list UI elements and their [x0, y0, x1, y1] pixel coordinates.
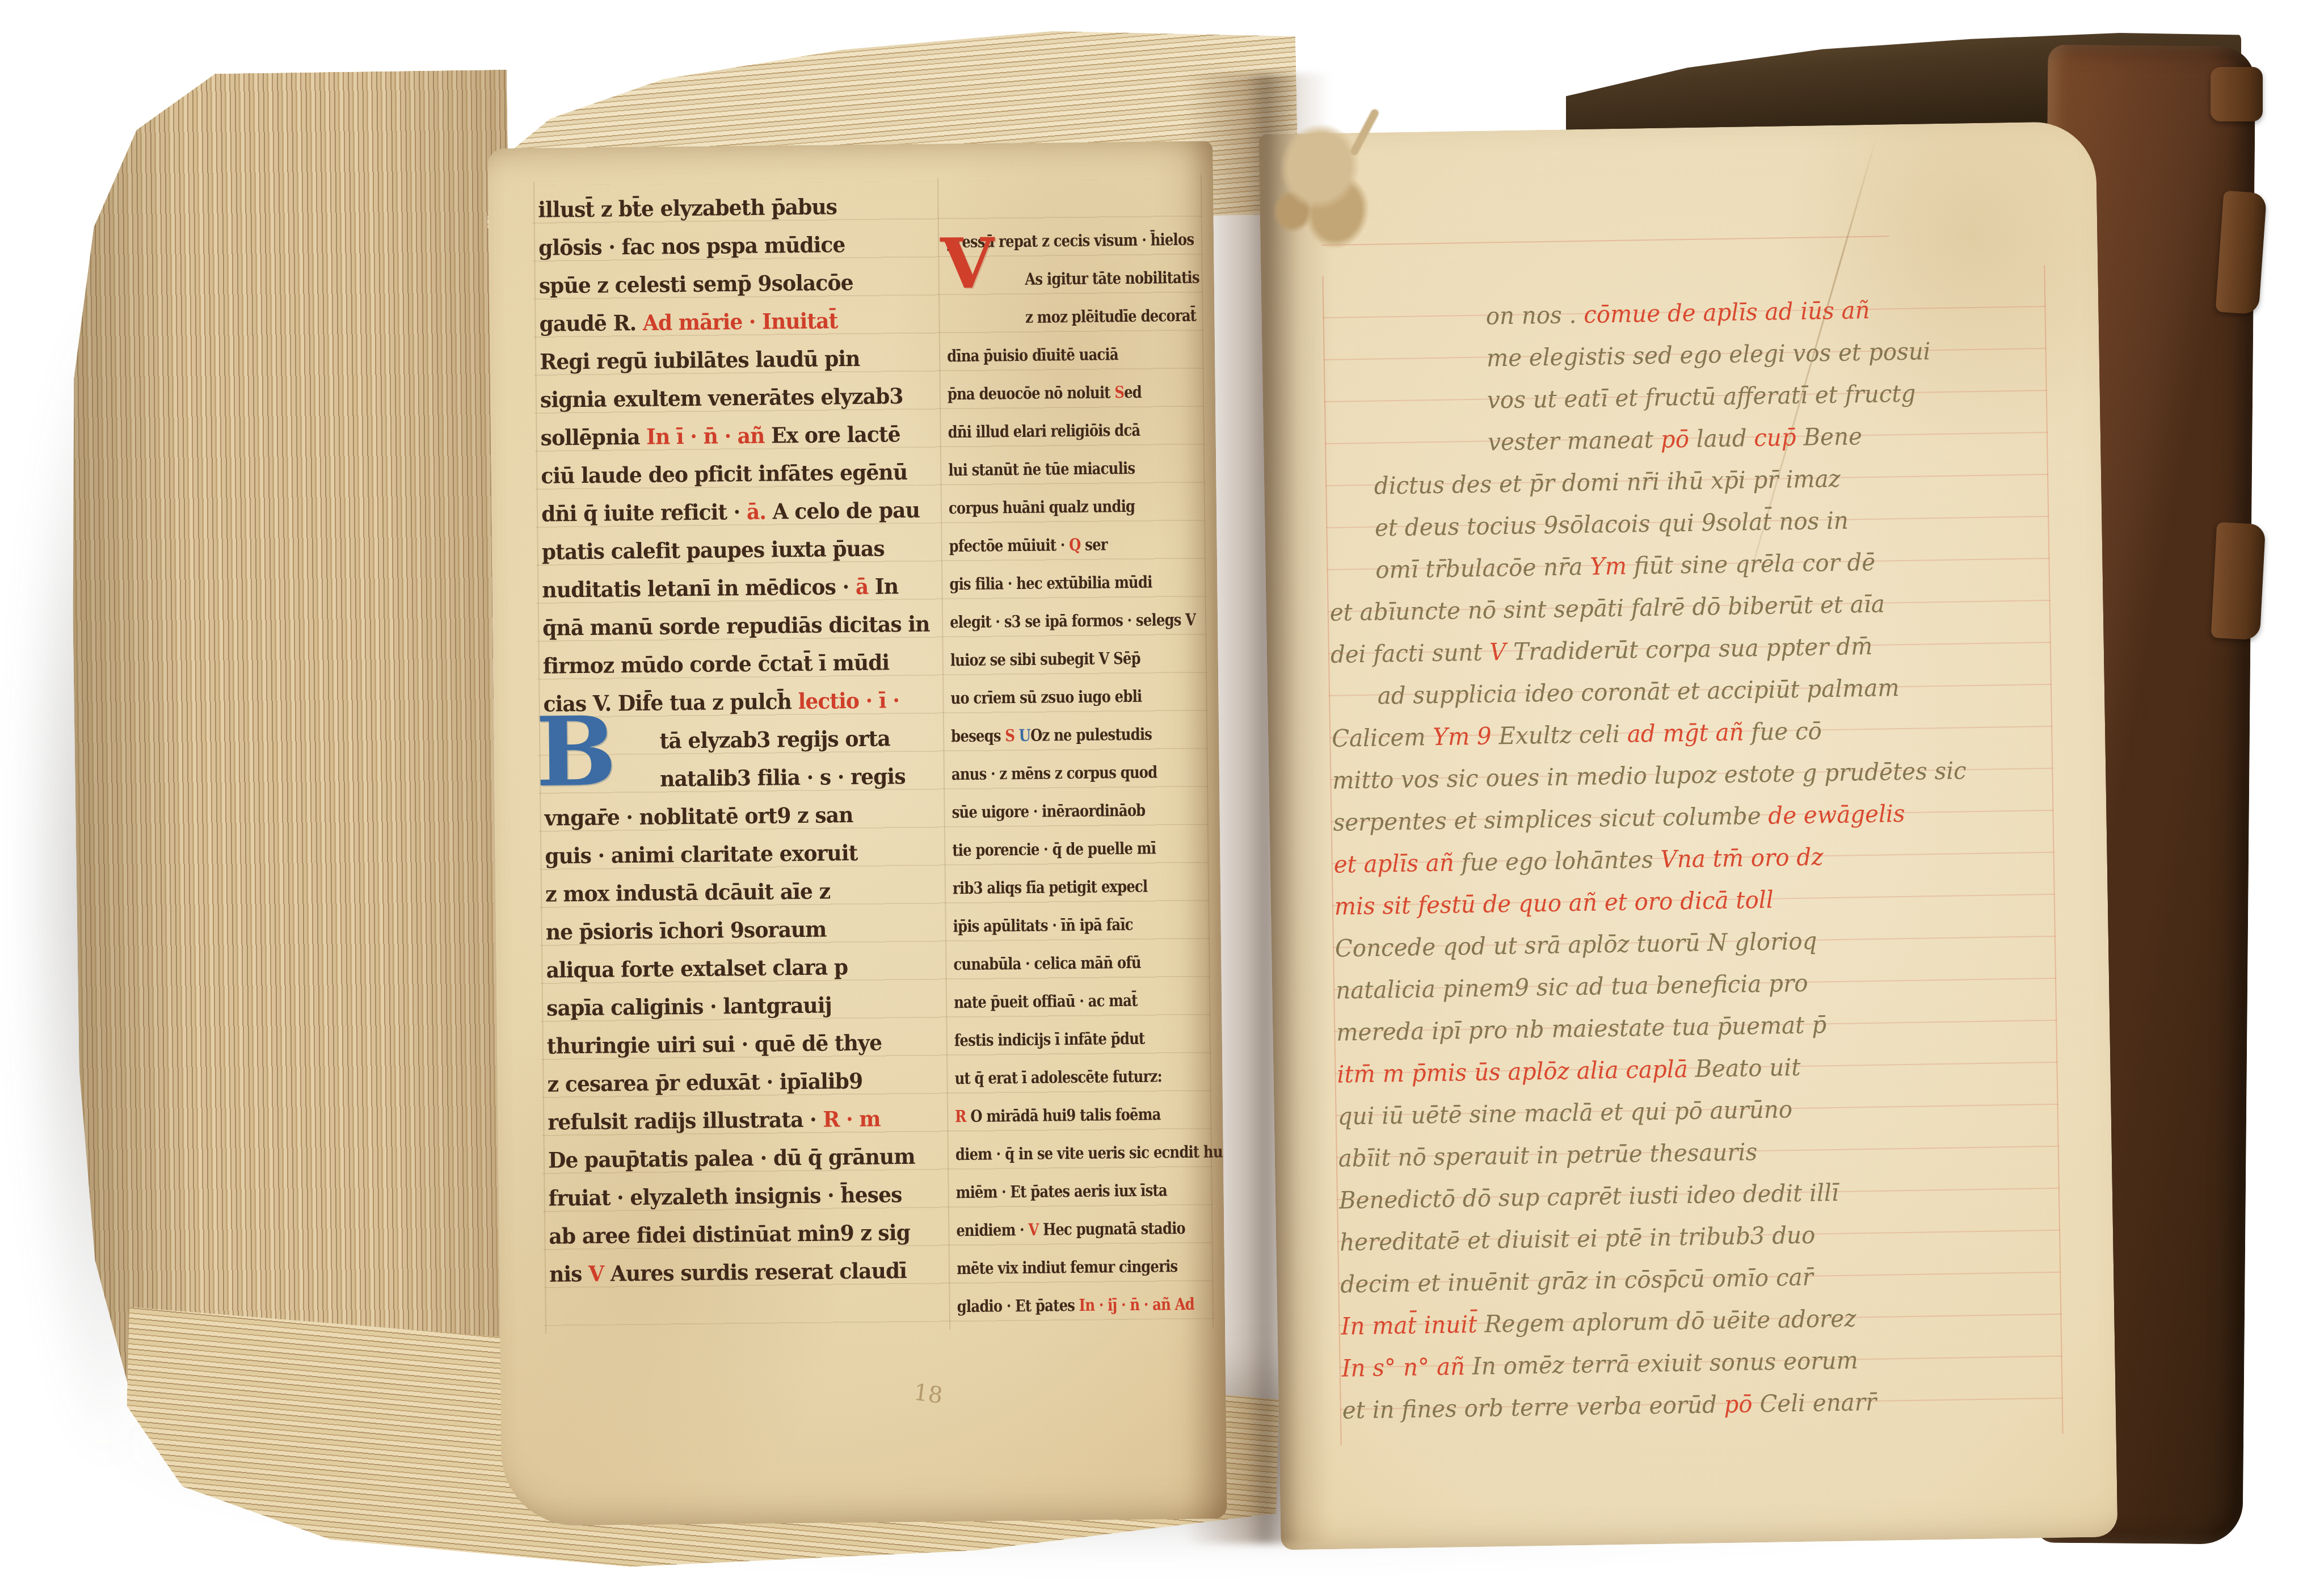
- text-segment-scr: et abīuncte nō sint sepāti falrē dō bibe…: [1329, 590, 1885, 626]
- text-segment-scr: vos ut eatī et fructū afferatī et fructg: [1487, 380, 1916, 414]
- manuscript-text-line: miēm · Et p̄ates aeris iux īsta: [955, 1171, 1173, 1212]
- text-segment-ink: z cesarea p̄r eduxāt · ipīalib9: [547, 1068, 862, 1097]
- text-segment-scr: Bene: [1803, 422, 1862, 451]
- manuscript-text-line: refulsit radijs illustrata · R · m: [548, 1099, 928, 1141]
- manuscript-text-line: enidiem · V Hec pugnatā stadio: [956, 1209, 1174, 1250]
- manuscript-text-line: nis V Aures surdis reserat claudī: [549, 1251, 930, 1293]
- text-segment-rubric: R · m: [823, 1106, 881, 1132]
- text-segment-ink: As igitur tāte nobilitatis: [1025, 268, 1199, 289]
- text-segment-ink: Aures surdis reserat claudī: [611, 1257, 907, 1286]
- manuscript-text-line: diem · q̄ in se vite ueris sic ecndit hu: [955, 1133, 1173, 1174]
- text-segment-ink: z moz plēitudīe decorat̄: [1025, 306, 1196, 327]
- text-segment-ink: q̄nā manū sorde repudiās dicitas in: [542, 611, 930, 641]
- text-segment-ink: diem · q̄ in se vite ueris sic ecndit hu: [955, 1142, 1223, 1164]
- text-segment-ink: spūe z celesti semp̄ 9solacōe: [539, 270, 853, 298]
- text-segment-rubric: R: [955, 1107, 970, 1126]
- text-segment-scr: Beato uit: [1695, 1053, 1801, 1083]
- manuscript-text-line: corpus huāni qualz undig: [949, 487, 1167, 527]
- manuscript-text-line: rib3 aliqs fīa petigit expecl: [953, 867, 1171, 907]
- manuscript-text-line: guis · animi claritate exoruit: [545, 833, 925, 875]
- text-segment-rub: cup̄: [1754, 423, 1804, 452]
- text-segment-ink: dīna p̄uisio dīuitē uaciā: [947, 344, 1118, 365]
- manuscript-text-line: illust̄ z bt̄e elyzabeth p̄abus: [538, 187, 919, 229]
- manuscript-text-line: fruiat · elyzaleth insignis · h̄eses: [548, 1175, 929, 1217]
- manuscript-text-line: gis filia · hec extūbilia mūdi: [949, 563, 1167, 603]
- text-segment-ink: dn̄i illud elari religiōis dcā: [948, 420, 1140, 442]
- text-segment-ink: elegit · s3 se ipā formos · selegs V: [950, 610, 1196, 632]
- manuscript-text-line: sūe uigore · inēraordināob: [952, 791, 1169, 831]
- text-segment-ink: ed: [1124, 382, 1142, 402]
- left-page-column-2: gressū repat z cecis visum · h̄ielosAs i…: [946, 221, 1216, 1326]
- illuminated-initial-red-V: V: [940, 228, 995, 298]
- text-segment-scr: abīit nō sperauit in petrūe thesauris: [1338, 1138, 1757, 1172]
- text-segment-rub: itm̄ m p̄mis ūs aplōz alia caplā: [1337, 1055, 1695, 1088]
- text-segment-ink: sollēpnia: [540, 424, 646, 451]
- text-segment-rubric: V: [1028, 1220, 1043, 1239]
- text-segment-ink: thuringie uiri sui · quē dē thye: [547, 1030, 882, 1059]
- manuscript-photo: illust̄ z bt̄e elyzabeth p̄abusglōsis · …: [0, 0, 2324, 1594]
- manuscript-text-line: z mox industā dcāuit aīe z: [545, 871, 926, 913]
- right-page: on nos . cōmue de aplīs ad iūs añme eleg…: [1258, 121, 2117, 1550]
- text-segment-ink: luioz se sibi subegit V Sēp̄: [950, 649, 1140, 670]
- text-segment-ink: ip̄is apūlitats · īn̄ ipā faīc: [953, 915, 1133, 936]
- text-segment-scr: Tradiderūt corpa sua ppter dm̄: [1513, 632, 1873, 666]
- text-segment-ink: lui stanūt n̄e tūe miaculis: [948, 459, 1135, 480]
- text-segment-scr: ad supplicia ideo coronāt et accipiūt pa…: [1377, 674, 1900, 709]
- text-segment-scr: mereda ipī pro nb maiestate tua p̄uemat …: [1336, 1011, 1826, 1046]
- text-segment-scr: serpentes et simplices sicut columbe: [1333, 802, 1769, 836]
- manuscript-text-line: z cesarea p̄r eduxāt · ipīalib9: [547, 1061, 928, 1103]
- manuscript-text-line: gaudē R. Ad mārie · Inuitat̄: [539, 301, 920, 343]
- text-segment-ink: Ex ore lactē: [771, 421, 900, 448]
- manuscript-text-line: ciū laude deo pficit infātes egēnū: [541, 453, 921, 495]
- text-segment-rub: Ym: [1590, 552, 1634, 580]
- text-segment-scr: omī tr̄bulacōe nr̄a: [1375, 553, 1590, 584]
- text-segment-ink: gis filia · hec extūbilia mūdi: [949, 573, 1152, 594]
- clasp-fitting-top-icon: [2211, 67, 2263, 121]
- text-segment-scr: fue cō: [1751, 717, 1822, 746]
- text-segment-scr: me elegistis sed ego elegi vos et posui: [1487, 337, 1931, 372]
- text-segment-ink: cunabūla · celica mān̄ ofū: [953, 953, 1141, 974]
- text-segment-ink: ser: [1085, 535, 1108, 554]
- text-segment-rubric: Q: [1069, 535, 1085, 554]
- text-segment-ink: nate p̄ueit offiaū · ac mat̄: [954, 991, 1138, 1012]
- manuscript-text-line: ne p̄sioris īchori 9soraum: [545, 909, 926, 951]
- text-segment-rub: et aplīs añ: [1333, 848, 1462, 878]
- manuscript-text-line: dīna p̄uisio dīuitē uaciā: [947, 335, 1165, 375]
- text-segment-scr: Concede qod ut srā aplōz tuorū N glorioq: [1335, 927, 1817, 962]
- text-segment-scr: fiūt sine qrēla cor dē: [1633, 548, 1875, 580]
- text-segment-scr: Celi enarr̄: [1759, 1388, 1876, 1418]
- manuscript-text-line: thuringie uiri sui · quē dē thye: [547, 1023, 928, 1065]
- manuscript-text-line: tie porencie · q̄ de puelle mī: [952, 829, 1170, 869]
- text-segment-rub: Ym 9: [1433, 722, 1499, 751]
- text-segment-ink: tie porencie · q̄ de puelle mī: [952, 838, 1156, 860]
- text-segment-ink: Oz ne pulestudis: [1030, 725, 1152, 745]
- text-segment-scr: Exultz celi: [1498, 720, 1627, 750]
- text-segment-ink: festis indicijs ī infāte p̄dut: [954, 1029, 1145, 1050]
- manuscript-text-line: sapīa caliginis · lantgrauij: [546, 985, 927, 1027]
- text-segment-ink: dn̄i q̄ iuite reficit ·: [541, 499, 747, 527]
- text-segment-ink: gladio · Et p̄ates: [957, 1296, 1079, 1316]
- manuscript-text-line: mēte vix indiut femur cingeris: [957, 1247, 1174, 1288]
- text-segment-rubric: ā.: [747, 499, 773, 524]
- manuscript-text-line: aliqua forte extalset clara p: [546, 947, 927, 989]
- text-segment-ink: guis · animi claritate exoruit: [545, 840, 857, 869]
- text-segment-ink: mēte vix indiut femur cingeris: [957, 1256, 1178, 1278]
- manuscript-text-line: cunabūla · celica mān̄ ofū: [953, 943, 1171, 983]
- text-segment-ink: sūe uigore · inēraordināob: [952, 801, 1145, 822]
- text-segment-ink: Regi regū iubilātes laudū pin: [540, 346, 860, 375]
- text-segment-ink: sapīa caliginis · lantgrauij: [546, 992, 832, 1020]
- manuscript-text-line: uo crīem sū zsuo iugo ebli: [950, 677, 1168, 717]
- text-segment-ink: ut q̄ erat ī adolescēte futurz:: [954, 1066, 1162, 1088]
- manuscript-text-line: q̄nā manū sorde repudiās dicitas in: [542, 605, 923, 647]
- text-segment-ink: corpus huāni qualz undig: [949, 497, 1135, 518]
- text-segment-scr: natalicia pinem9 sic ad tua beneficia pr…: [1336, 969, 1808, 1004]
- text-segment-rubric: S: [1005, 726, 1019, 745]
- text-segment-ink: refulsit radijs illustrata ·: [548, 1107, 823, 1135]
- manuscript-text-line: ip̄is apūlitats · īn̄ ipā faīc: [953, 905, 1171, 945]
- text-segment-scr: mitto vos sic oues in medio lupoz estote…: [1332, 756, 1967, 794]
- text-segment-rub: Vna tm̄ oro dz: [1660, 843, 1824, 873]
- text-segment-ink: illust̄ z bt̄e elyzabeth p̄abus: [538, 194, 837, 222]
- manuscript-text-line: signia exultem venerātes elyzab3: [540, 377, 921, 419]
- manuscript-text-line: ab aree fidei distinūat min9 z sig: [549, 1213, 929, 1255]
- manuscript-text-line: ptatis calefit paupes iuxta p̄uas: [541, 529, 922, 571]
- text-segment-rubric: Ad mārie · Inuitat̄: [643, 308, 838, 335]
- text-segment-rub: In mat̄ inuit̄: [1341, 1310, 1484, 1340]
- text-segment-rub: V: [1489, 638, 1514, 666]
- text-segment-scr: et in fines orb terre verba eorūd: [1342, 1390, 1724, 1424]
- text-segment-rub: mis sit festū de quo añ et oro dicā toll: [1334, 886, 1773, 920]
- manuscript-text-line: glōsis · fac nos pspa mūdice: [538, 225, 919, 267]
- manuscript-text-line: luioz se sibi subegit V Sēp̄: [950, 639, 1168, 679]
- manuscript-text-line: De paup̄tatis palea · dū q̄ grānum: [548, 1137, 929, 1179]
- text-segment-ink: fruiat · elyzaleth insignis · h̄eses: [548, 1181, 902, 1211]
- text-segment-rub: pō: [1724, 1390, 1760, 1418]
- manuscript-text-line: Regi regū iubilātes laudū pin: [540, 339, 920, 381]
- left-page: illust̄ z bt̄e elyzabeth p̄abusglōsis · …: [487, 141, 1227, 1526]
- page-stack-fore-edge: [65, 70, 526, 1454]
- text-segment-rubric: S: [1114, 382, 1124, 402]
- text-segment-ink: enidiem ·: [956, 1220, 1028, 1240]
- text-segment-ink: beseqs: [951, 726, 1005, 746]
- text-segment-scr: Calicem: [1332, 723, 1433, 752]
- text-segment-ink: p̄na deuocōe nō noluit: [948, 382, 1115, 403]
- text-segment-scr: vester maneat: [1488, 426, 1661, 456]
- text-segment-rub: cōmue de aplīs ad iūs añ: [1584, 296, 1870, 329]
- text-segment-scr: laud: [1696, 424, 1754, 453]
- text-segment-scr: In omēz terrā exiuit sonus eorum: [1472, 1346, 1858, 1380]
- text-segment-scr: hereditatē et diuisit ei ptē in tribub3 …: [1340, 1221, 1816, 1256]
- text-segment-scr: Regem aplorum dō uēite adorez: [1484, 1304, 1856, 1338]
- text-segment-ink: z mox industā dcāuit aīe z: [545, 878, 831, 907]
- text-segment-ink: ab aree fidei distinūat min9 z sig: [549, 1219, 910, 1249]
- text-segment-ink: gaudē R.: [539, 310, 643, 337]
- text-segment-rub: de ewāgelis: [1768, 800, 1905, 830]
- manuscript-text-line: ut q̄ erat ī adolescēte futurz:: [954, 1057, 1172, 1097]
- manuscript-text-line: elegit · s3 se ipā formos · selegs V: [950, 601, 1168, 641]
- manuscript-text-line: anus · z mēns z corpus quod: [952, 753, 1169, 793]
- text-segment-ink: A celo de pau: [772, 497, 920, 524]
- folio-number: 18: [912, 1379, 944, 1409]
- manuscript-text-line: dn̄i q̄ iuite reficit · ā. A celo de pau: [541, 491, 922, 533]
- manuscript-text-line: dn̄i illud elari religiōis dcā: [948, 411, 1165, 451]
- text-segment-ink: anus · z mēns z corpus quod: [952, 762, 1157, 784]
- text-segment-scr: decim et inuēnit grāz in cōsp̄cū omīo ca…: [1340, 1263, 1813, 1298]
- text-segment-scr: dei facti sunt: [1331, 638, 1490, 668]
- manuscript-text-line: festis indicijs ī infāte p̄dut: [954, 1019, 1172, 1059]
- manuscript-text-line: firmoz mūdo corde c̄ctat̄ ī mūdi: [543, 643, 924, 685]
- text-segment-rubric: ā: [856, 574, 875, 599]
- text-segment-ink: miēm · Et p̄ates aeris iux īsta: [955, 1180, 1167, 1202]
- text-segment-scr: fue ego lohāntes: [1461, 846, 1661, 877]
- text-segment-ink: tā elyzab3 regijs orta: [659, 725, 890, 753]
- text-segment-ink: nuditatis letanī in mēdicos ·: [542, 574, 856, 603]
- manuscript-text-line: nuditatis letanī in mēdicos · ā In: [542, 567, 923, 609]
- text-segment-ink: signia exultem venerātes elyzab3: [540, 383, 903, 413]
- text-segment-rubric: In · ij̄ · n̄ · añ Ad: [1079, 1294, 1195, 1315]
- text-segment-scr: et deus tocius 9sōlacois qui 9solat̄ nos…: [1375, 506, 1849, 541]
- text-segment-ink: ptatis calefit paupes iuxta p̄uas: [542, 535, 885, 564]
- text-segment-rub: ad mḡt añ: [1627, 718, 1751, 747]
- text-segment-ink: rib3 aliqs fīa petigit expecl: [953, 877, 1148, 898]
- manuscript-text-line: nate p̄ueit offiaū · ac mat̄: [954, 981, 1172, 1021]
- text-segment-rub: In s° n° añ: [1341, 1352, 1472, 1382]
- text-segment-ink: O mirādā hui9 talis foēma: [970, 1104, 1161, 1126]
- text-segment-rubric: V: [588, 1261, 611, 1286]
- manuscript-text-line: beseqs S UOz ne pulestudis: [951, 715, 1169, 755]
- text-segment-scr: Benedictō dō sup caprēt iusti ideo dedit…: [1339, 1179, 1839, 1214]
- right-page-top-ruling-line: [1322, 235, 1889, 246]
- manuscript-text-line: gladio · Et p̄ates In · ij̄ · n̄ · añ Ad: [957, 1285, 1174, 1326]
- text-segment-ink: natalib3 filia · s · regis: [660, 763, 906, 792]
- right-page-text-block: on nos . cōmue de aplīs ad iūs añme eleg…: [1325, 286, 2097, 1432]
- text-segment-scr: on nos .: [1485, 301, 1584, 330]
- text-segment-ink: ciū laude deo pficit infātes egēnū: [541, 459, 907, 489]
- text-segment-ink: nis: [549, 1261, 589, 1287]
- clasp-strap-upper-icon: [2216, 191, 2267, 315]
- text-segment-scr: qui iū uētē sine maclā et qui pō aurūno: [1337, 1095, 1792, 1130]
- text-segment-rub: pō: [1660, 425, 1696, 453]
- text-segment-ink: aliqua forte extalset clara p: [546, 954, 848, 983]
- text-segment-ink: De paup̄tatis palea · dū q̄ grānum: [548, 1143, 915, 1173]
- text-segment-ink: firmoz mūdo corde c̄ctat̄ ī mūdi: [543, 649, 890, 678]
- manuscript-text-line: pfectōe mūiuit · Q ser: [949, 525, 1167, 565]
- clasp-strap-lower-icon: [2211, 522, 2266, 640]
- manuscript-text-line: sollēpnia In ī · n̄ · añ Ex ore lactē: [540, 415, 921, 457]
- text-segment-ink: glōsis · fac nos pspa mūdice: [538, 232, 845, 260]
- manuscript-text-line: lui stanūt n̄e tūe miaculis: [948, 449, 1166, 489]
- text-segment-ink: uo crīem sū zsuo iugo ebli: [950, 687, 1142, 708]
- text-segment-scr: dictus des et p̄r domi nr̄i ihū xp̄i pr̄…: [1374, 465, 1841, 500]
- illuminated-initial-blue-B: B: [536, 703, 617, 799]
- text-segment-rubric: In ī · n̄ · añ: [646, 423, 771, 449]
- text-segment-ink: ne p̄sioris īchori 9soraum: [546, 916, 827, 945]
- manuscript-text-line: spūe z celesti semp̄ 9solacōe: [539, 263, 920, 305]
- text-segment-ink: Hec pugnatā stadio: [1043, 1218, 1185, 1239]
- text-segment-blue: U: [1019, 726, 1031, 745]
- text-segment-ink: In: [875, 573, 899, 599]
- text-segment-rubric: lectio · ī ·: [798, 687, 899, 714]
- manuscript-text-line: R O mirādā hui9 talis foēma: [955, 1095, 1173, 1135]
- manuscript-text-line: p̄na deuocōe nō noluit Sed: [948, 373, 1165, 413]
- text-segment-ink: pfectōe mūiuit ·: [949, 535, 1070, 556]
